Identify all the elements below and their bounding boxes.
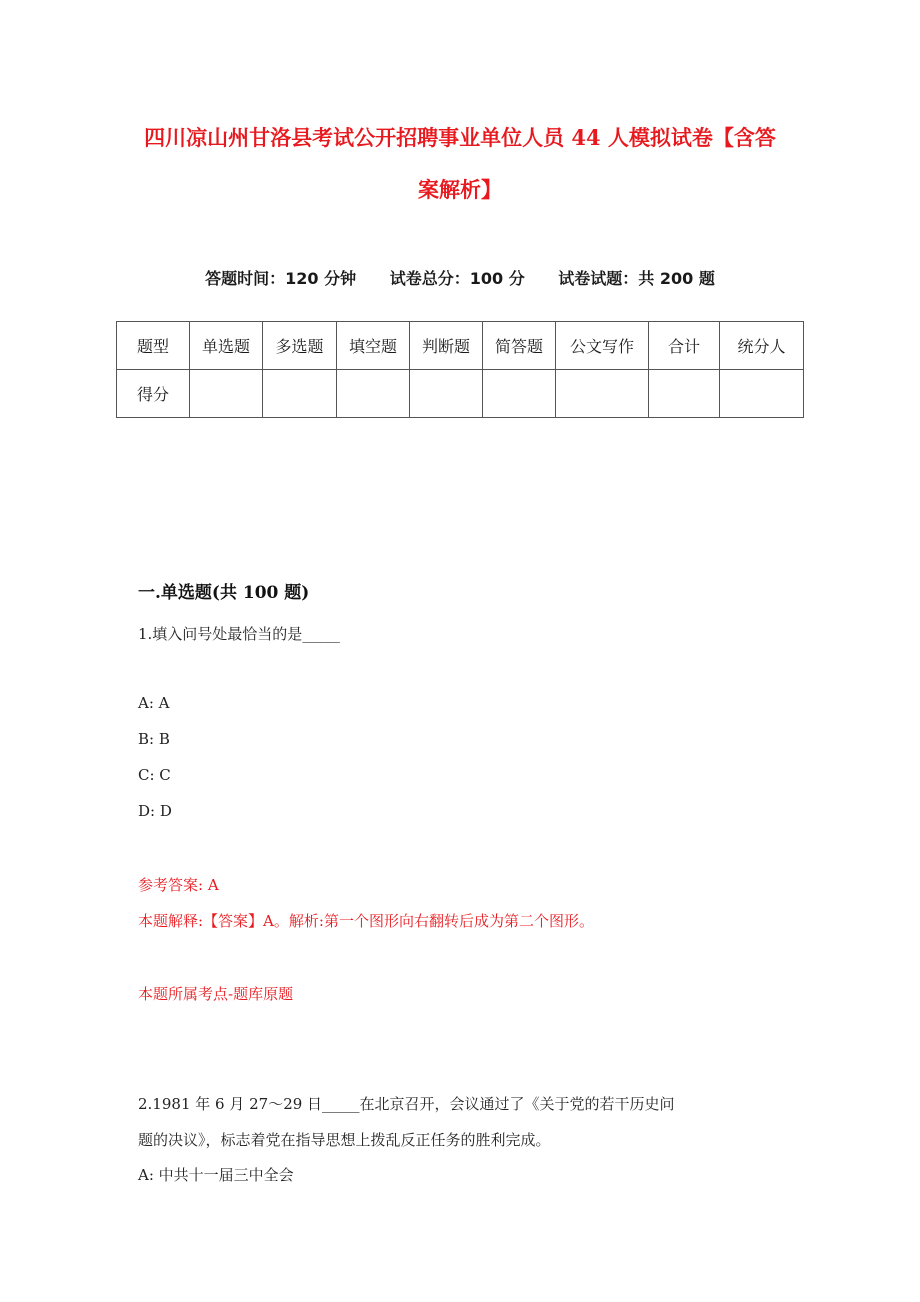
- exam-total-score: 试卷总分：100 分: [390, 269, 525, 288]
- section-title: 一.单选题(共 100 题): [138, 578, 309, 603]
- header-cell: 简答题: [483, 322, 556, 370]
- score-cell: [649, 370, 720, 418]
- score-cell: [410, 370, 483, 418]
- question-2-stem-line-2: 题的决议》，标志着党在指导思想上拨乱反正任务的胜利完成。: [138, 1129, 551, 1150]
- question-1-explanation: 本题解释:【答案】A。解析:第一个图形向右翻转后成为第二个图形。: [138, 910, 594, 931]
- score-cell: [720, 370, 804, 418]
- exam-meta: 答题时间：120 分钟 试卷总分：100 分 试卷试题：共 200 题: [0, 266, 920, 289]
- exam-time: 答题时间：120 分钟: [205, 269, 356, 288]
- score-cell: [483, 370, 556, 418]
- header-cell: 单选题: [190, 322, 263, 370]
- question-1-option-c: C: C: [138, 766, 171, 784]
- score-cell: [556, 370, 649, 418]
- header-cell: 合计: [649, 322, 720, 370]
- question-1-option-a: A: A: [138, 694, 170, 712]
- score-table-header-row: 题型 单选题 多选题 填空题 判断题 简答题 公文写作 合计 统分人: [117, 322, 804, 370]
- header-cell: 判断题: [410, 322, 483, 370]
- score-table-score-row: 得分: [117, 370, 804, 418]
- header-cell: 填空题: [337, 322, 410, 370]
- question-1-answer: 参考答案: A: [138, 874, 219, 895]
- document-title: 四川凉山州甘洛县考试公开招聘事业单位人员 44 人模拟试卷【含答 案解析】: [130, 112, 790, 216]
- score-cell: [190, 370, 263, 418]
- exam-total-questions: 试卷试题：共 200 题: [558, 269, 715, 288]
- score-cell: [337, 370, 410, 418]
- title-line-1: 四川凉山州甘洛县考试公开招聘事业单位人员 44 人模拟试卷【含答: [130, 112, 790, 164]
- question-1-stem: 1.填入问号处最恰当的是_____: [138, 623, 340, 644]
- score-table: 题型 单选题 多选题 填空题 判断题 简答题 公文写作 合计 统分人 得分: [116, 321, 804, 418]
- header-cell: 统分人: [720, 322, 804, 370]
- header-cell: 公文写作: [556, 322, 649, 370]
- row-label-cell: 得分: [117, 370, 190, 418]
- question-1-option-b: B: B: [138, 730, 170, 748]
- question-2-option-a: A: 中共十一届三中全会: [138, 1164, 294, 1185]
- question-1-option-d: D: D: [138, 802, 172, 820]
- title-line-2: 案解析】: [130, 164, 790, 216]
- header-cell: 多选题: [263, 322, 337, 370]
- score-cell: [263, 370, 337, 418]
- question-1-topic: 本题所属考点-题库原题: [138, 983, 293, 1004]
- question-2-stem-line-1: 2.1981 年 6 月 27～29 日_____在北京召开，会议通过了《关于党…: [138, 1093, 675, 1114]
- header-cell: 题型: [117, 322, 190, 370]
